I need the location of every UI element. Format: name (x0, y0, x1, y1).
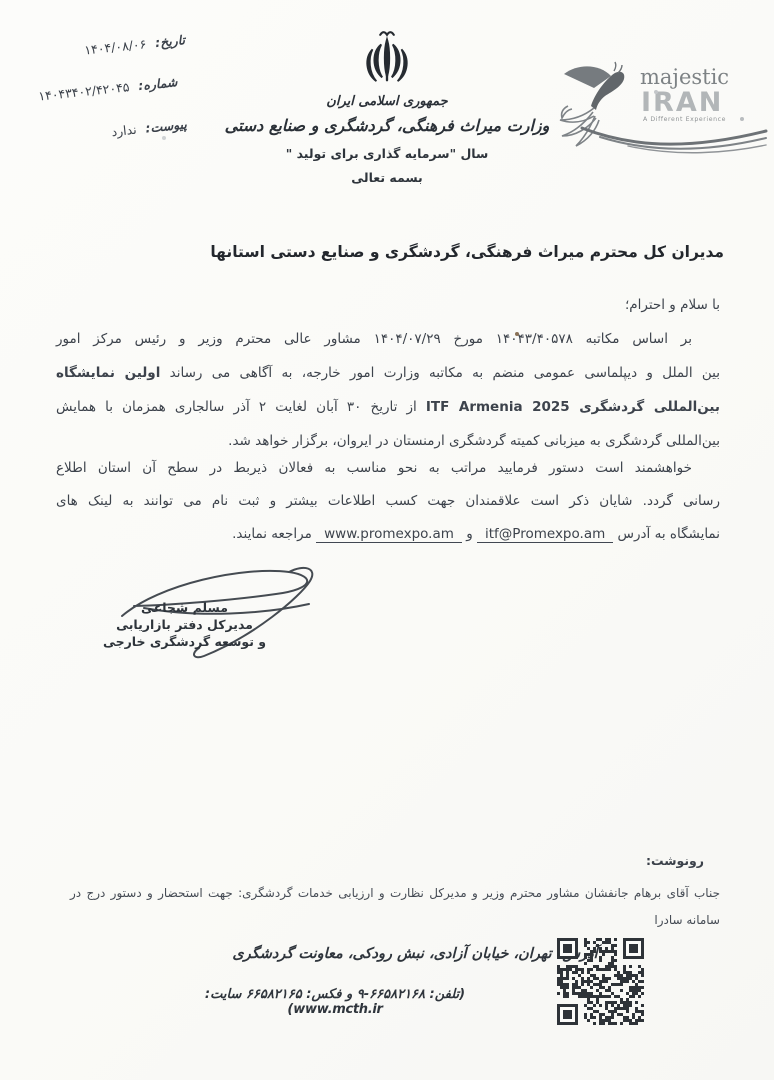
date-value: ۱۴۰۴/۰۸/۰۶ (84, 36, 147, 57)
letterhead-center: جمهوری اسلامی ایران وزارت میراث فرهنگی، … (177, 28, 597, 185)
body-paragraph-1: بر اساس مکاتبه ۱۴۰۴۳/۴۰۵۷۸ مورخ ۱۴۰۴/۰۷/… (56, 322, 720, 458)
scan-speckles (0, 0, 2, 2)
number-value: ۱۴۰۴۳۴۰۲/۴۲۰۴۵ (38, 79, 131, 103)
number-row: شماره: ۱۴۰۴۳۴۰۲/۴۲۰۴۵ (38, 74, 178, 104)
besmele-line: بسمه تعالی (177, 170, 597, 185)
date-row: تاریخ: ۱۴۰۴/۰۸/۰۶ (84, 32, 186, 57)
salutation-line: با سلام و احترام؛ (625, 297, 720, 313)
footer-phone-line: (تلفن: ۶۶۵۸۲۱۶۸-۹ و فکس: ۶۶۵۸۲۱۶۵ سایت: … (160, 987, 510, 1017)
signer-name: مسلم شجاعی (92, 599, 277, 616)
qr-code (557, 938, 645, 1026)
iran-emblem-icon (177, 28, 597, 92)
year-slogan: سال "سرمایه گذاری برای تولید " (177, 146, 597, 161)
body-paragraph-2: خواهشمند است دستور فرمایید مراتب به نحو … (56, 452, 720, 551)
brand-title: majestic (640, 65, 729, 89)
signer-title-1: مدیرکل دفتر بازاریابی (92, 616, 277, 633)
attachment-row: پیوست: ندارد (111, 116, 188, 139)
ministry-name: وزارت میراث فرهنگی، گردشگری و صنایع دستی (177, 116, 597, 135)
signature-block: مسلم شجاعی مدیرکل دفتر بازاریابی و توسعه… (92, 599, 277, 650)
majestic-iran-logo: majestic IRAN A Different Experience (548, 58, 770, 158)
scanned-letter-page: تاریخ: ۱۴۰۴/۰۸/۰۶ شماره: ۱۴۰۴۳۴۰۲/۴۲۰۴۵ … (0, 0, 774, 1080)
footer-address: آدرس: تهران، خیابان آزادی، نبش رودکی، مع… (215, 946, 615, 962)
country-name: جمهوری اسلامی ایران (177, 94, 597, 109)
signer-title-2: و توسعه گردشگری خارجی (92, 633, 277, 650)
cc-text: جناب آقای برهام جانفشان مشاور محترم وزیر… (70, 880, 720, 934)
attachment-value: ندارد (111, 122, 138, 140)
cc-label: رونوشت: (646, 853, 704, 868)
number-label: شماره: (138, 74, 178, 93)
brand-tagline: A Different Experience (643, 116, 726, 123)
recipient-heading: مدیران کل محترم میراث فرهنگی، گردشگری و … (210, 243, 724, 261)
brand-name: IRAN (641, 87, 723, 118)
